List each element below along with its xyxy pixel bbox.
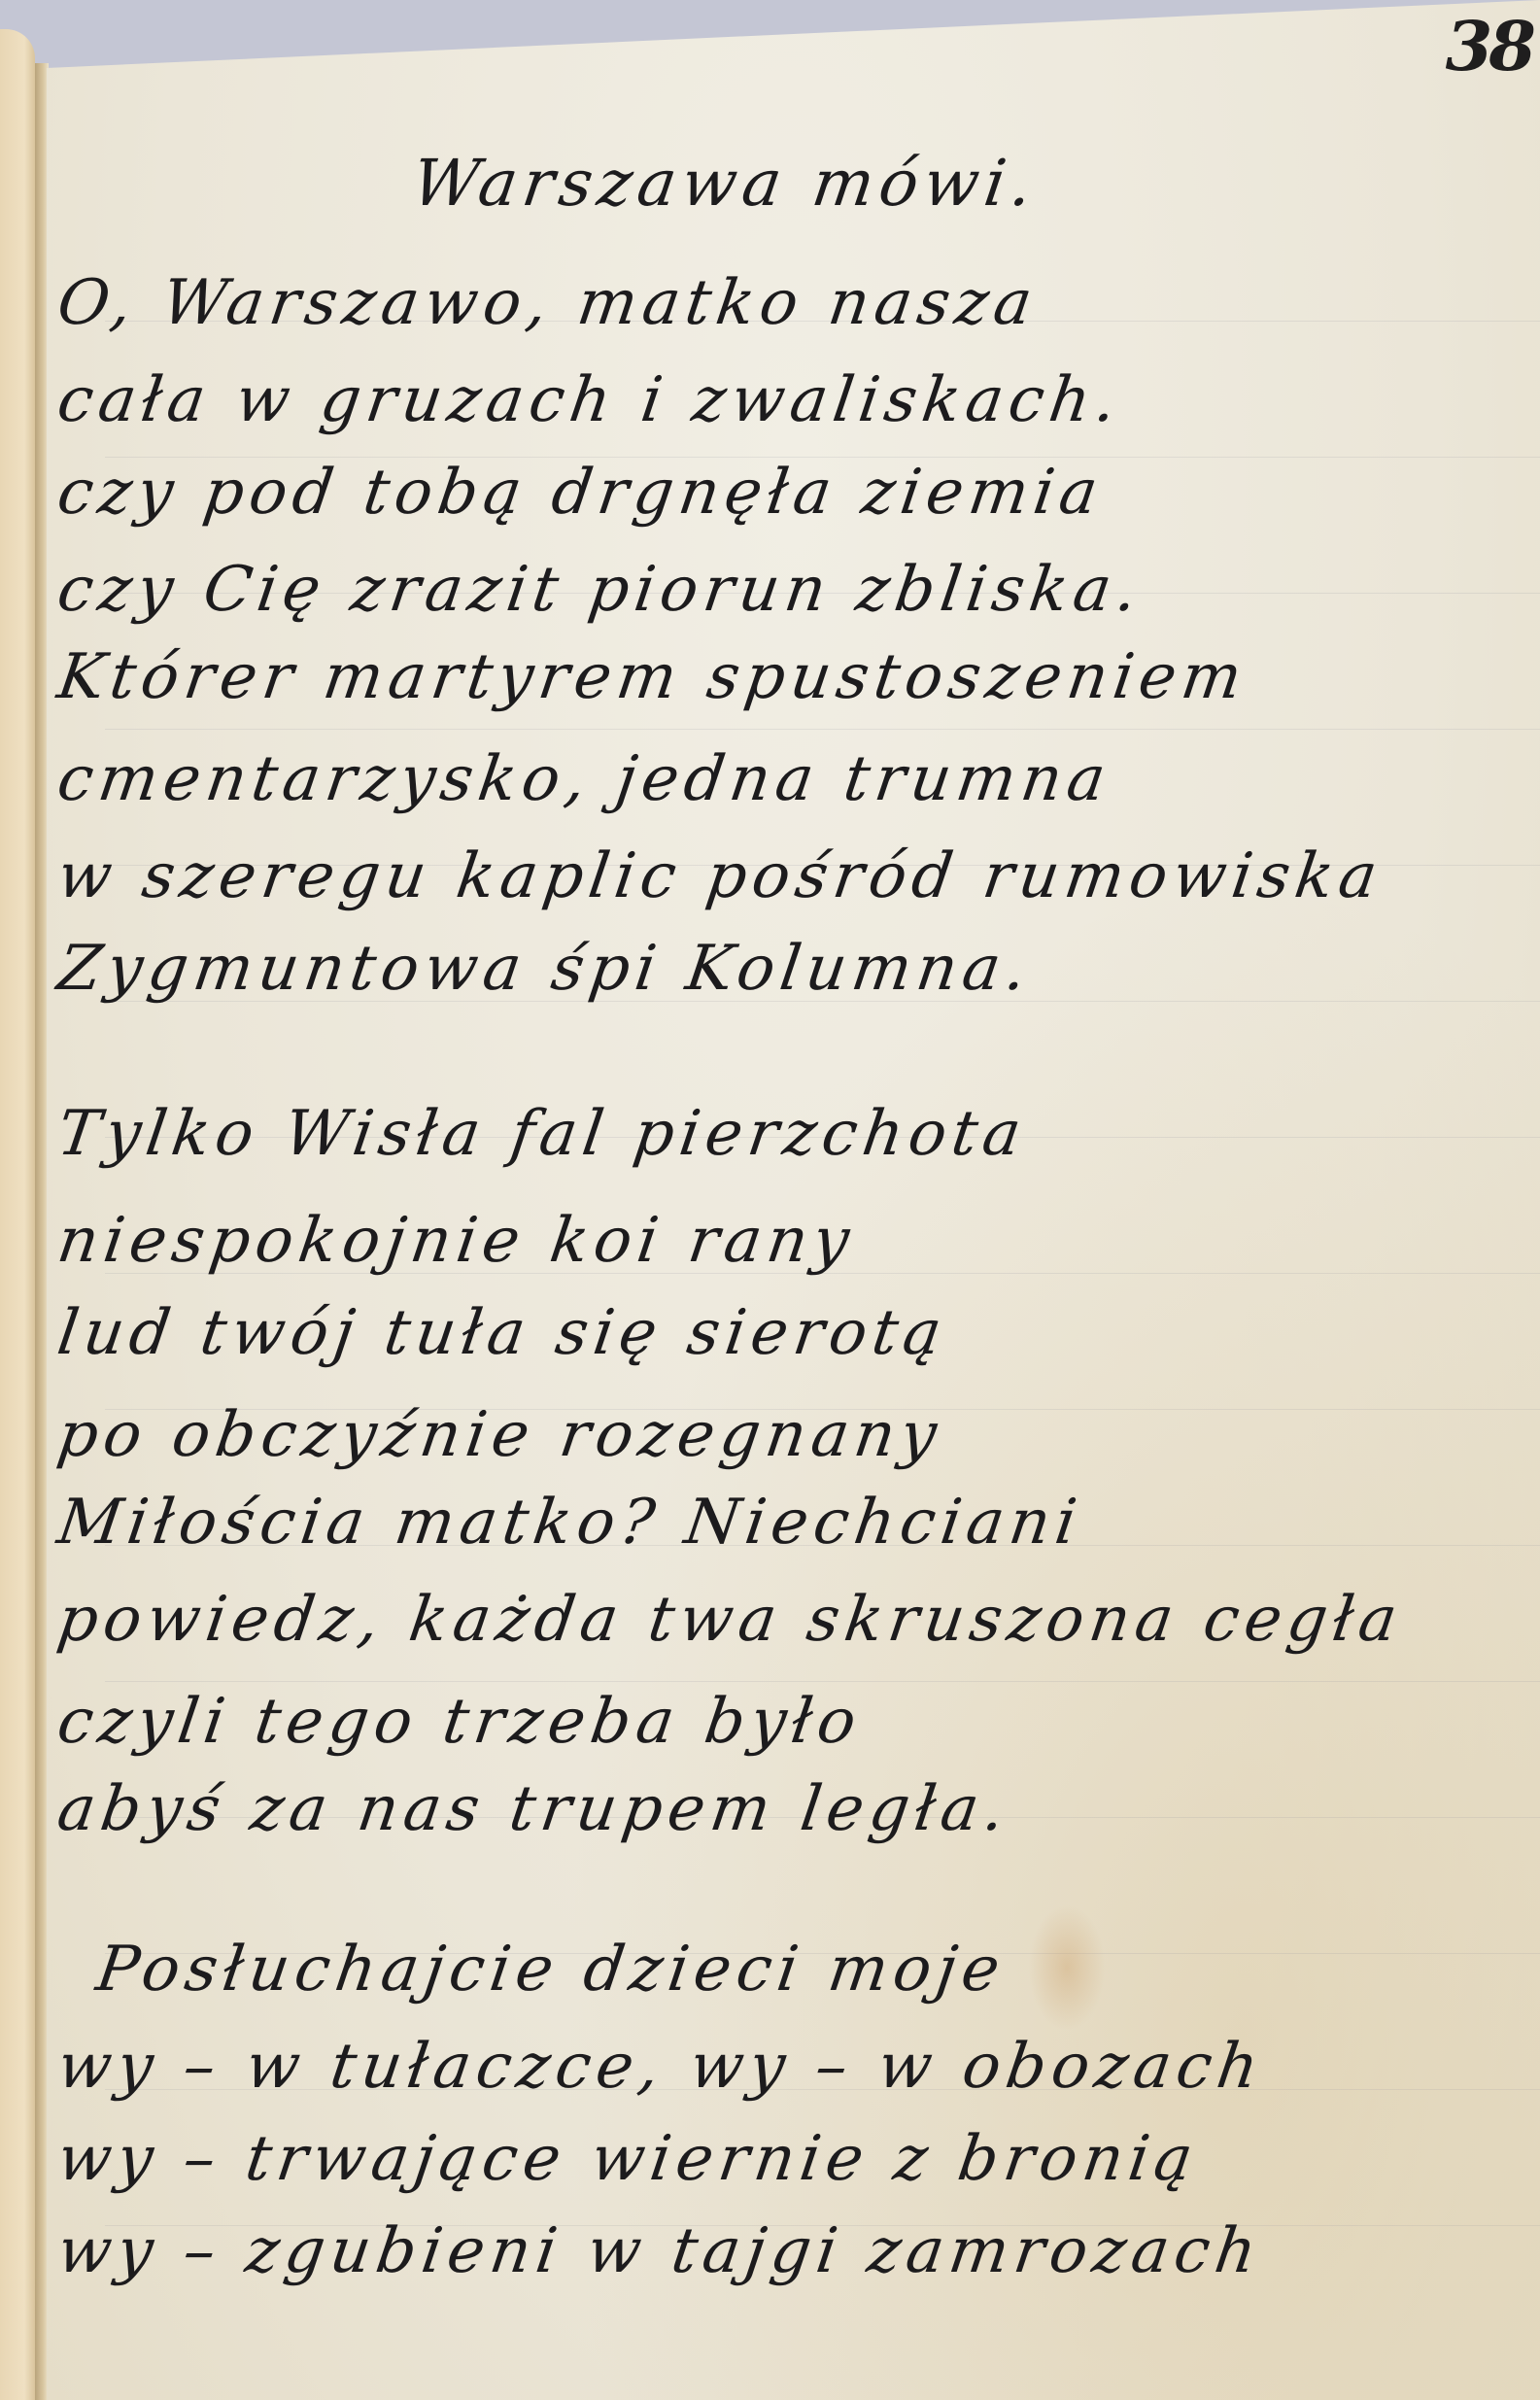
ruled-line — [105, 1681, 1540, 1682]
previous-page-edge — [0, 29, 35, 2400]
poem-line: wy – trwające wiernie z bronią — [53, 2123, 1203, 2195]
poem-line: Tylko Wisła fal pierzchota — [53, 1098, 1031, 1170]
book-gutter — [35, 63, 49, 2400]
poem-line: O, Warszawo, matko nasza — [53, 267, 1043, 339]
poem-line: cała w gruzach i zwaliskach. — [53, 364, 1126, 436]
poem-line: czy pod tobą drgnęła ziemia — [53, 457, 1108, 529]
poem-line: abyś za nas trupem legła. — [53, 1773, 1015, 1845]
poem-line: Którer martyrem spustoszeniem — [53, 641, 1251, 713]
poem-line: powiedz, każda twa skruszona cegła — [53, 1584, 1407, 1656]
poem-line: Posłuchajcie dzieci moje — [92, 1934, 1010, 2006]
poem-line: czy Cię zrazit piorun zbliska. — [53, 554, 1147, 626]
poem-line: w szeregu kaplic pośród rumowiska — [53, 840, 1387, 912]
page-number: 38 — [1446, 6, 1532, 86]
poem-line: Miłościa matko? Niechciani — [53, 1487, 1086, 1559]
ruled-line — [105, 729, 1540, 730]
paper-stain — [1028, 1904, 1106, 2031]
poem-title: Warszawa mówi. — [408, 146, 1044, 221]
poem-line: wy – w tułaczce, wy – w obozach — [53, 2031, 1269, 2103]
poem-line: cmentarzysko, jedna trumna — [53, 743, 1115, 815]
poem-line: Zygmuntowa śpi Kolumna. — [53, 933, 1037, 1005]
poem-line: lud twój tuła się sierotą — [53, 1297, 952, 1369]
poem-line: wy – zgubieni w tajgi zamrozach — [53, 2215, 1267, 2287]
poem-line: czyli tego trzeba było — [53, 1686, 867, 1758]
poem-line: po obczyźnie rozegnany — [53, 1399, 947, 1471]
poem-line: niespokojnie koi rany — [53, 1205, 860, 1277]
